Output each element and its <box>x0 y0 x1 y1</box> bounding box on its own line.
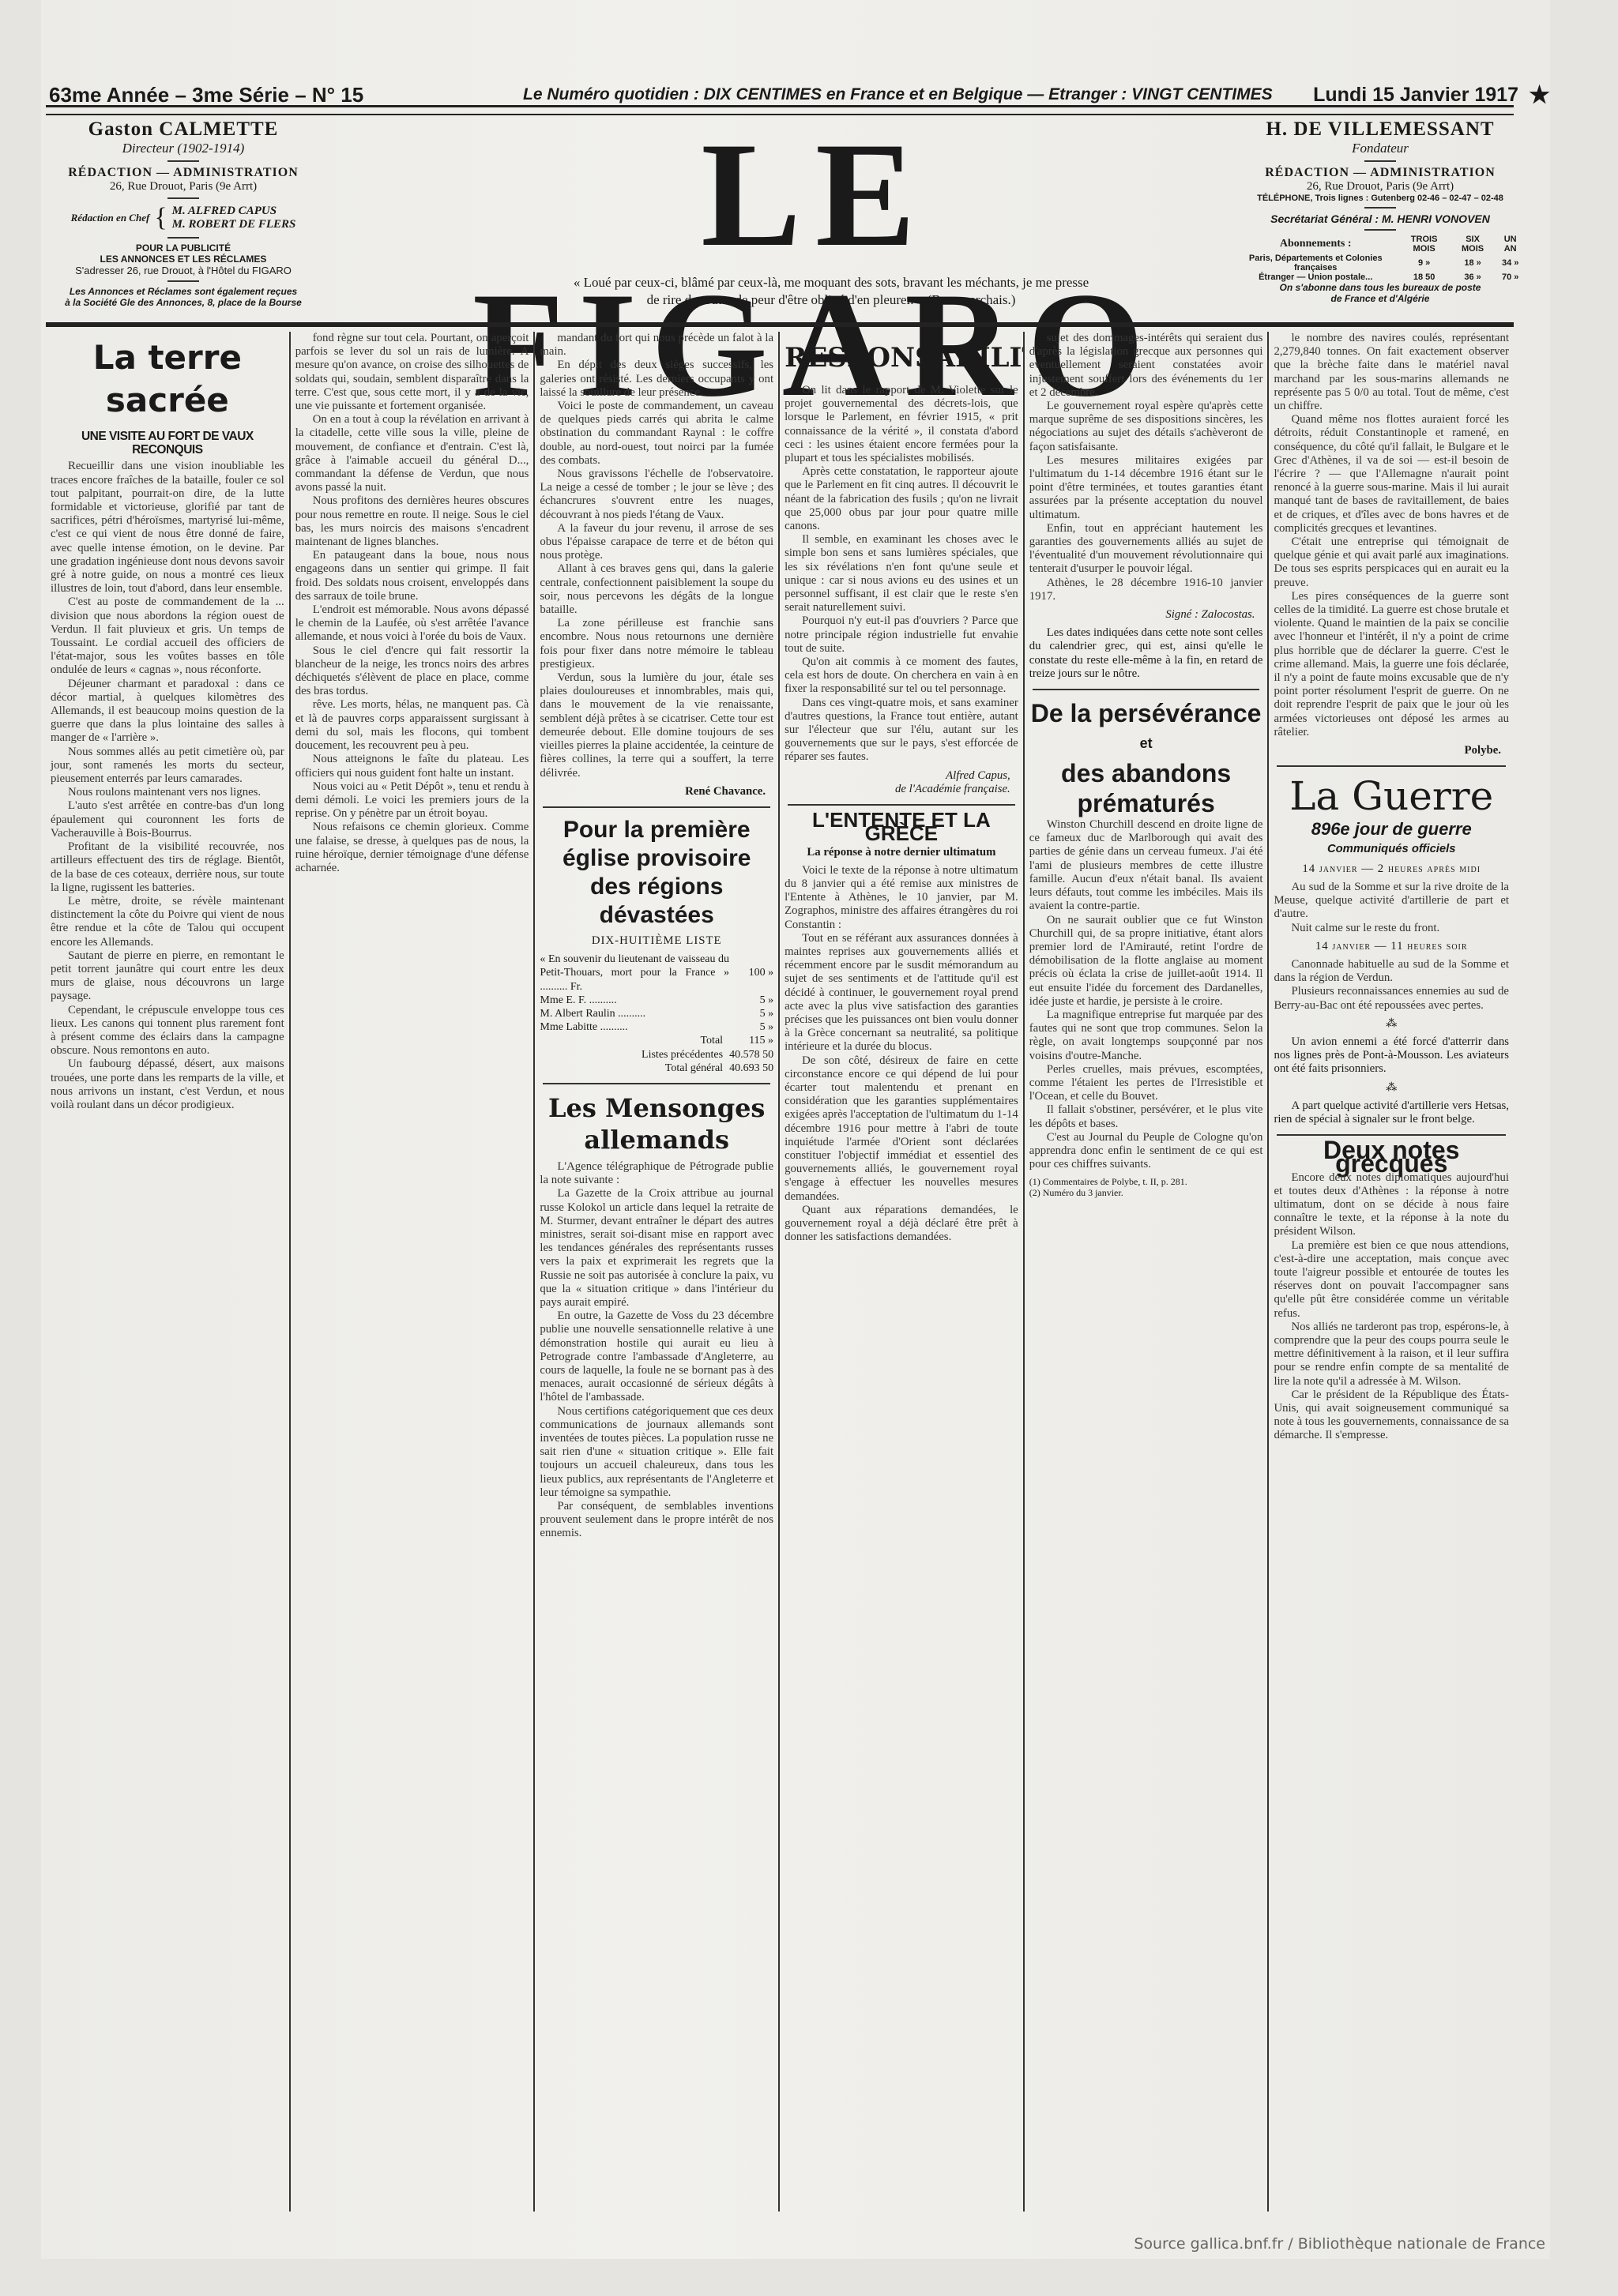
column-2: fond règne sur tout cela. Pourtant, on a… <box>291 332 536 2211</box>
director-name: Gaston CALMETTE <box>49 118 318 141</box>
total-value: 115 » <box>729 1034 773 1047</box>
office-label: RÉDACTION — ADMINISTRATION <box>1234 166 1526 180</box>
chief-editors: Rédaction en Chef { M. ALFRED CAPUS M. R… <box>49 203 318 233</box>
price-line: Le Numéro quotidien : DIX CENTIMES en Fr… <box>523 85 1273 104</box>
article-body: Encore deux notes diplomatiques aujourd'… <box>1274 1171 1509 1443</box>
paragraph: Au sud de la Somme et sur la rive droite… <box>1274 881 1509 922</box>
signature-title: de l'Académie française. <box>792 783 1010 796</box>
total-label: Total <box>540 1034 729 1047</box>
subhead-fort-de-vaux: UNE VISITE AU FORT DE VAUX RECONQUIS <box>51 430 284 457</box>
paragraph: Nous atteignons le faîte du plateau. Les… <box>295 753 529 780</box>
headline-eglise: Pour la première église provisoire des r… <box>540 816 773 930</box>
paragraph: Nous voici au « Petit Dépôt », tenu et r… <box>295 780 529 821</box>
column-5: sujet des dommages-intérêts qui seraient… <box>1025 332 1270 2211</box>
subhead-ultimatum: La réponse à notre dernier ultimatum <box>785 846 1018 859</box>
footnote: (1) Commentaires de Polybe, t. II, p. 28… <box>1029 1176 1263 1187</box>
donor: Mme E. F. .......... <box>540 994 729 1007</box>
footnotes: (1) Commentaires de Polybe, t. II, p. 28… <box>1029 1176 1263 1198</box>
headline-responsabilites: RESPONSABILITÉS <box>785 336 1018 379</box>
director-role: Directeur (1902-1914) <box>49 141 318 156</box>
subs-value: 34 » <box>1494 254 1526 272</box>
motto-line-2: de rire de tout... de peur d'être obligé… <box>436 291 1226 309</box>
headline-terre-sacree: La terre sacrée <box>51 336 284 422</box>
paragraph: On ne saurait oublier que ce fut Winston… <box>1029 914 1263 1009</box>
subs-header: TROIS MOIS <box>1397 235 1451 254</box>
subs-value: 18 » <box>1451 254 1495 272</box>
paragraph: Car le président de la République des Ét… <box>1274 1388 1509 1443</box>
masthead-rule <box>46 322 1514 327</box>
ads-note-1: Les Annonces et Réclames sont également … <box>49 286 318 297</box>
subs-note-1: On s'abonne dans tous les bureaux de pos… <box>1234 282 1526 293</box>
donor: M. Albert Raulin .......... <box>540 1007 729 1020</box>
ornament-divider <box>167 280 199 282</box>
donation-amount: 100 » <box>729 953 773 994</box>
list-title: DIX-HUITIÈME LISTE <box>540 934 773 948</box>
subs-value: 18 50 <box>1397 272 1451 282</box>
subs-row-label: Paris, Départements et Colonies français… <box>1234 254 1397 272</box>
paragraph: A la faveur du jour revenu, il arrose de… <box>540 522 773 563</box>
section-divider <box>788 804 1015 806</box>
grand-total-value: 40.693 50 <box>729 1062 773 1075</box>
ornament-divider <box>167 197 199 199</box>
founder-role: Fondateur <box>1234 141 1526 156</box>
paragraph: L'auto s'est arrêtée en contre-bas d'un … <box>51 799 284 840</box>
paragraph: Quand même nos flottes auraient forcé le… <box>1274 413 1509 535</box>
paragraph: Il fallait s'obstiner, persévérer, et le… <box>1029 1103 1263 1130</box>
paragraph: Perles cruelles, mais prévues, escomptée… <box>1029 1063 1263 1104</box>
motto: « Loué par ceux-ci, blâmé par ceux-là, m… <box>436 274 1226 309</box>
paragraph: On en a tout à coup la révélation en arr… <box>295 413 529 494</box>
office-label: RÉDACTION — ADMINISTRATION <box>49 166 318 180</box>
paragraph: On lit dans le rapport de M. Violette su… <box>785 384 1018 465</box>
calendar-note: Les dates indiquées dans cette note sont… <box>1029 626 1263 681</box>
subs-header: SIX MOIS <box>1451 235 1495 254</box>
subs-row: Étranger — Union postale... 18 50 36 » 7… <box>1234 272 1526 282</box>
paragraph: Pourquoi n'y eut-il pas d'ouvriers ? Par… <box>785 614 1018 656</box>
publicity-1: POUR LA PUBLICITÉ <box>49 242 318 254</box>
asterism-icon: ⁂ <box>1274 1017 1509 1031</box>
brace-icon: { <box>154 203 167 233</box>
office-address: 26, Rue Drouot, Paris (9e Arrt) <box>49 180 318 194</box>
paragraph: Dans ces vingt-quatre mois, et sans exam… <box>785 697 1018 765</box>
star-icon: ★ <box>1529 81 1550 109</box>
ornament-divider <box>1364 207 1396 209</box>
previous-row: Listes précédentes40.578 50 <box>540 1048 773 1062</box>
ornament-divider <box>167 160 199 162</box>
communique-belgium: A part quelque activité d'artillerie ver… <box>1274 1099 1509 1126</box>
article-body: mandant du fort qui nous précède un falo… <box>540 332 773 780</box>
section-divider <box>1033 689 1260 690</box>
donation-row: M. Albert Raulin ..........5 » <box>540 1007 773 1020</box>
section-divider <box>543 1083 770 1084</box>
ornament-divider <box>1364 160 1396 162</box>
paragraph: Canonnade habituelle au sud de la Somme … <box>1274 958 1509 985</box>
founder-name: H. DE VILLEMESSANT <box>1234 118 1526 141</box>
communique-time: 14 janvier — 2 heures après midi <box>1274 862 1509 876</box>
headline-line: des abandons prématurés <box>1029 758 1263 818</box>
paragraph: Un faubourg dépassé, désert, aux maisons… <box>51 1058 284 1112</box>
paragraph: Enfin, tout en appréciant hautement les … <box>1029 522 1263 577</box>
motto-line-1: « Loué par ceux-ci, blâmé par ceux-là, m… <box>436 274 1226 291</box>
headline-perseverance: De la persévérance et des abandons préma… <box>1029 698 1263 818</box>
ads-note-2: à la Société Gle des Annonces, 8, place … <box>49 297 318 308</box>
section-divider <box>543 806 770 808</box>
column-4: RESPONSABILITÉS On lit dans le rapport d… <box>780 332 1025 2211</box>
paragraph: L'endroit est mémorable. Nous avons dépa… <box>295 603 529 644</box>
communique-body: Au sud de la Somme et sur la rive droite… <box>1274 881 1509 935</box>
subs-value: 36 » <box>1451 272 1495 282</box>
paragraph: Voici le poste de commandement, un cavea… <box>540 400 773 468</box>
paragraph: C'était une entreprise qui témoignait de… <box>1274 535 1509 590</box>
secretary: Secrétariat Général : M. HENRI VONOVEN <box>1234 212 1526 225</box>
headline-la-guerre: La Guerre <box>1274 775 1509 817</box>
article-body: le nombre des navires coulés, représenta… <box>1274 332 1509 739</box>
paragraph: En outre, la Gazette de Voss du 23 décem… <box>540 1310 773 1404</box>
publicity-2: LES ANNONCES ET LES RÉCLAMES <box>49 254 318 265</box>
paragraph: En pataugeant dans la boue, nous nous en… <box>295 549 529 603</box>
paragraph: Les pires conséquences de la guerre sont… <box>1274 590 1509 739</box>
war-day: 896e jour de guerre <box>1274 822 1509 836</box>
masthead-right-box: H. DE VILLEMESSANT Fondateur RÉDACTION —… <box>1234 118 1526 304</box>
ornament-divider <box>1364 229 1396 231</box>
signature: Polybe. <box>1281 744 1501 757</box>
donation-amount: 5 » <box>729 994 773 1007</box>
paragraph: Il semble, en examinant les choses avec … <box>785 533 1018 614</box>
footnote: (2) Numéro du 3 janvier. <box>1029 1187 1263 1198</box>
paragraph: Nous gravissons l'échelle de l'observato… <box>540 468 773 522</box>
subs-value: 9 » <box>1397 254 1451 272</box>
paragraph: Winston Churchill descend en droite lign… <box>1029 818 1263 913</box>
paragraph: L'Agence télégraphique de Pétrograde pub… <box>540 1160 773 1187</box>
paragraph: Cependant, le crépuscule enveloppe tous … <box>51 1004 284 1058</box>
telephone: TÉLÉPHONE, Trois lignes : Gutenberg 02-4… <box>1234 194 1526 203</box>
paragraph: le nombre des navires coulés, représenta… <box>1274 332 1509 413</box>
edition-number: 63me Année – 3me Série – N° 15 <box>49 83 363 107</box>
grand-total-row: Total général40.693 50 <box>540 1062 773 1075</box>
signature: René Chavance. <box>547 785 766 799</box>
headline-line: Pour la première église provisoire <box>540 816 773 873</box>
paragraph: Sautant de pierre en pierre, en remontan… <box>51 949 284 1004</box>
paragraph: Nous roulons maintenant vers nos lignes. <box>51 786 284 799</box>
paragraph: Qu'on ait commis à ce moment des fautes,… <box>785 656 1018 697</box>
donation-row: Mme E. F. ..........5 » <box>540 994 773 1007</box>
newspaper-page: 63me Année – 3me Série – N° 15 Le Numéro… <box>41 0 1550 2259</box>
headline-entente-grece: L'ENTENTE ET LA GRÈCE <box>785 814 1018 840</box>
column-1: La terre sacrée UNE VISITE AU FORT DE VA… <box>46 332 291 2211</box>
donor: « En souvenir du lieutenant de vaisseau … <box>540 953 729 994</box>
column-6: le nombre des navires coulés, représenta… <box>1269 332 1514 2211</box>
article-body: On lit dans le rapport de M. Violette su… <box>785 384 1018 765</box>
article-body: Recueillir dans une vision inoubliable l… <box>51 460 284 1112</box>
article-body: Winston Churchill descend en droite lign… <box>1029 818 1263 1171</box>
paragraph: Tout en se référant aux assurances donné… <box>785 932 1018 1054</box>
article-body: fond règne sur tout cela. Pourtant, on a… <box>295 332 529 875</box>
total-row: Total115 » <box>540 1034 773 1047</box>
paragraph: La première est bien ce que nous attendi… <box>1274 1239 1509 1321</box>
grand-total-label: Total général <box>540 1062 729 1075</box>
paragraph: Sous le ciel d'encre qui fait ressortir … <box>295 644 529 699</box>
paragraph: rêve. Les morts, hélas, ne manquent pas.… <box>295 698 529 753</box>
paragraph: Nuit calme sur le reste du front. <box>1274 922 1509 935</box>
headline-line: De la persévérance <box>1029 698 1263 728</box>
donation-amount: 5 » <box>729 1007 773 1020</box>
paragraph: La magnifique entreprise fut marquée par… <box>1029 1009 1263 1063</box>
communiques-label: Communiqués officiels <box>1274 843 1509 856</box>
paragraph: En dépit des deux sièges successifs, les… <box>540 359 773 400</box>
paragraph: Les mesures militaires exigées par l'ult… <box>1029 454 1263 522</box>
paragraph: Nous refaisons ce chemin glorieux. Comme… <box>295 821 529 875</box>
paragraph: Nos alliés ne tarderont pas trop, espéro… <box>1274 1321 1509 1388</box>
previous-value: 40.578 50 <box>729 1048 773 1062</box>
paragraph: Déjeuner charmant et paradoxal : dans ce… <box>51 678 284 746</box>
source-credit: Source gallica.bnf.fr / Bibliothèque nat… <box>1134 2235 1545 2253</box>
communique-aviation: Un avion ennemi a été forcé d'atterrir d… <box>1274 1035 1509 1077</box>
article-body: L'Agence télégraphique de Pétrograde pub… <box>540 1160 773 1541</box>
paragraph: Profitant de la visibilité recouvrée, no… <box>51 840 284 895</box>
paragraph: Le gouvernement royal espère qu'après ce… <box>1029 400 1263 454</box>
asterism-icon: ⁂ <box>1274 1081 1509 1095</box>
columns: La terre sacrée UNE VISITE AU FORT DE VA… <box>46 332 1514 2211</box>
paragraph: Quant aux réparations demandées, le gouv… <box>785 1204 1018 1245</box>
issue-date: Lundi 15 Janvier 1917 <box>1313 84 1518 107</box>
subs-row-label: Étranger — Union postale... <box>1234 272 1397 282</box>
donation-row: « En souvenir du lieutenant de vaisseau … <box>540 953 773 994</box>
paragraph: Nous certifions catégoriquement que ces … <box>540 1405 773 1500</box>
paragraph: La zone périlleuse est franchie sans enc… <box>540 617 773 671</box>
paragraph: Encore deux notes diplomatiques aujourd'… <box>1274 1171 1509 1239</box>
paragraph: Allant à ces braves gens qui, dans la ga… <box>540 562 773 617</box>
signed-line: Signé : Zalocostas. <box>1037 608 1255 622</box>
office-address: 26, Rue Drouot, Paris (9e Arrt) <box>1234 180 1526 194</box>
article-body: Voici le texte de la réponse à notre ult… <box>785 864 1018 1245</box>
paragraph: sujet des dommages-intérêts qui seraient… <box>1029 332 1263 400</box>
subs-row: Paris, Départements et Colonies français… <box>1234 254 1526 272</box>
paragraph: C'est au Journal du Peuple de Cologne qu… <box>1029 1131 1263 1172</box>
publicity-3: S'adresser 26, rue Drouot, à l'Hôtel du … <box>49 265 318 276</box>
subs-label: Abonnements : <box>1234 235 1397 254</box>
paragraph: Après cette constatation, le rapporteur … <box>785 465 1018 533</box>
donation-table: « En souvenir du lieutenant de vaisseau … <box>540 953 773 1075</box>
donation-amount: 5 » <box>729 1020 773 1034</box>
subs-value: 70 » <box>1494 272 1526 282</box>
communique-time: 14 janvier — 11 heures soir <box>1274 940 1509 953</box>
masthead-left-box: Gaston CALMETTE Directeur (1902-1914) RÉ… <box>49 118 318 308</box>
masthead: Gaston CALMETTE Directeur (1902-1914) RÉ… <box>41 112 1550 321</box>
paragraph: Recueillir dans une vision inoubliable l… <box>51 460 284 596</box>
column-3: mandant du fort qui nous précède un falo… <box>535 332 780 2211</box>
chief-2: M. ROBERT DE FLERS <box>172 218 296 231</box>
donation-row: Mme Labitte ..........5 » <box>540 1020 773 1034</box>
paragraph: C'est au poste de commandement de la ...… <box>51 596 284 677</box>
paragraph: Plusieurs reconnaissances ennemies au su… <box>1274 985 1509 1012</box>
subs-header: UN AN <box>1494 235 1526 254</box>
paragraph: Verdun, sous la lumière du jour, étale s… <box>540 671 773 780</box>
paragraph: Par conséquent, de semblables inventions… <box>540 1500 773 1541</box>
previous-label: Listes précédentes <box>540 1048 729 1062</box>
article-body: sujet des dommages-intérêts qui seraient… <box>1029 332 1263 603</box>
donor: Mme Labitte .......... <box>540 1020 729 1034</box>
signature: Alfred Capus, de l'Académie française. <box>792 769 1010 796</box>
paragraph: mandant du fort qui nous précède un falo… <box>540 332 773 359</box>
signature-name: Alfred Capus, <box>792 769 1010 783</box>
chief-label: Rédaction en Chef <box>71 212 150 224</box>
headline-deux-notes: Deux notes grecques <box>1274 1144 1509 1171</box>
chief-names: M. ALFRED CAPUS M. ROBERT DE FLERS <box>172 205 296 231</box>
headline-line: des régions dévastées <box>540 873 773 930</box>
paragraph: De son côté, désireux de faire en cette … <box>785 1054 1018 1204</box>
subs-note-2: de France et d'Algérie <box>1234 293 1526 304</box>
paragraph: Nous sommes allés au petit cimetière où,… <box>51 746 284 787</box>
headline-mensonges: Les Mensonges allemands <box>540 1092 773 1156</box>
paragraph: Voici le texte de la réponse à notre ult… <box>785 864 1018 932</box>
subscription-table: Abonnements : TROIS MOIS SIX MOIS UN AN … <box>1234 235 1526 282</box>
ornament-divider <box>167 237 199 239</box>
communique-body: Canonnade habituelle au sud de la Somme … <box>1274 958 1509 1013</box>
paragraph: fond règne sur tout cela. Pourtant, on a… <box>295 332 529 413</box>
chief-1: M. ALFRED CAPUS <box>172 205 277 217</box>
paragraph: Nous profitons des dernières heures obsc… <box>295 494 529 549</box>
paragraph: La Gazette de la Croix attribue au journ… <box>540 1187 773 1310</box>
section-divider <box>1277 765 1506 767</box>
paragraph: Le mètre, droite, se révèle maintenant d… <box>51 895 284 949</box>
headline-line: et <box>1029 728 1263 758</box>
paragraph: Athènes, le 28 décembre 1916-10 janvier … <box>1029 577 1263 603</box>
